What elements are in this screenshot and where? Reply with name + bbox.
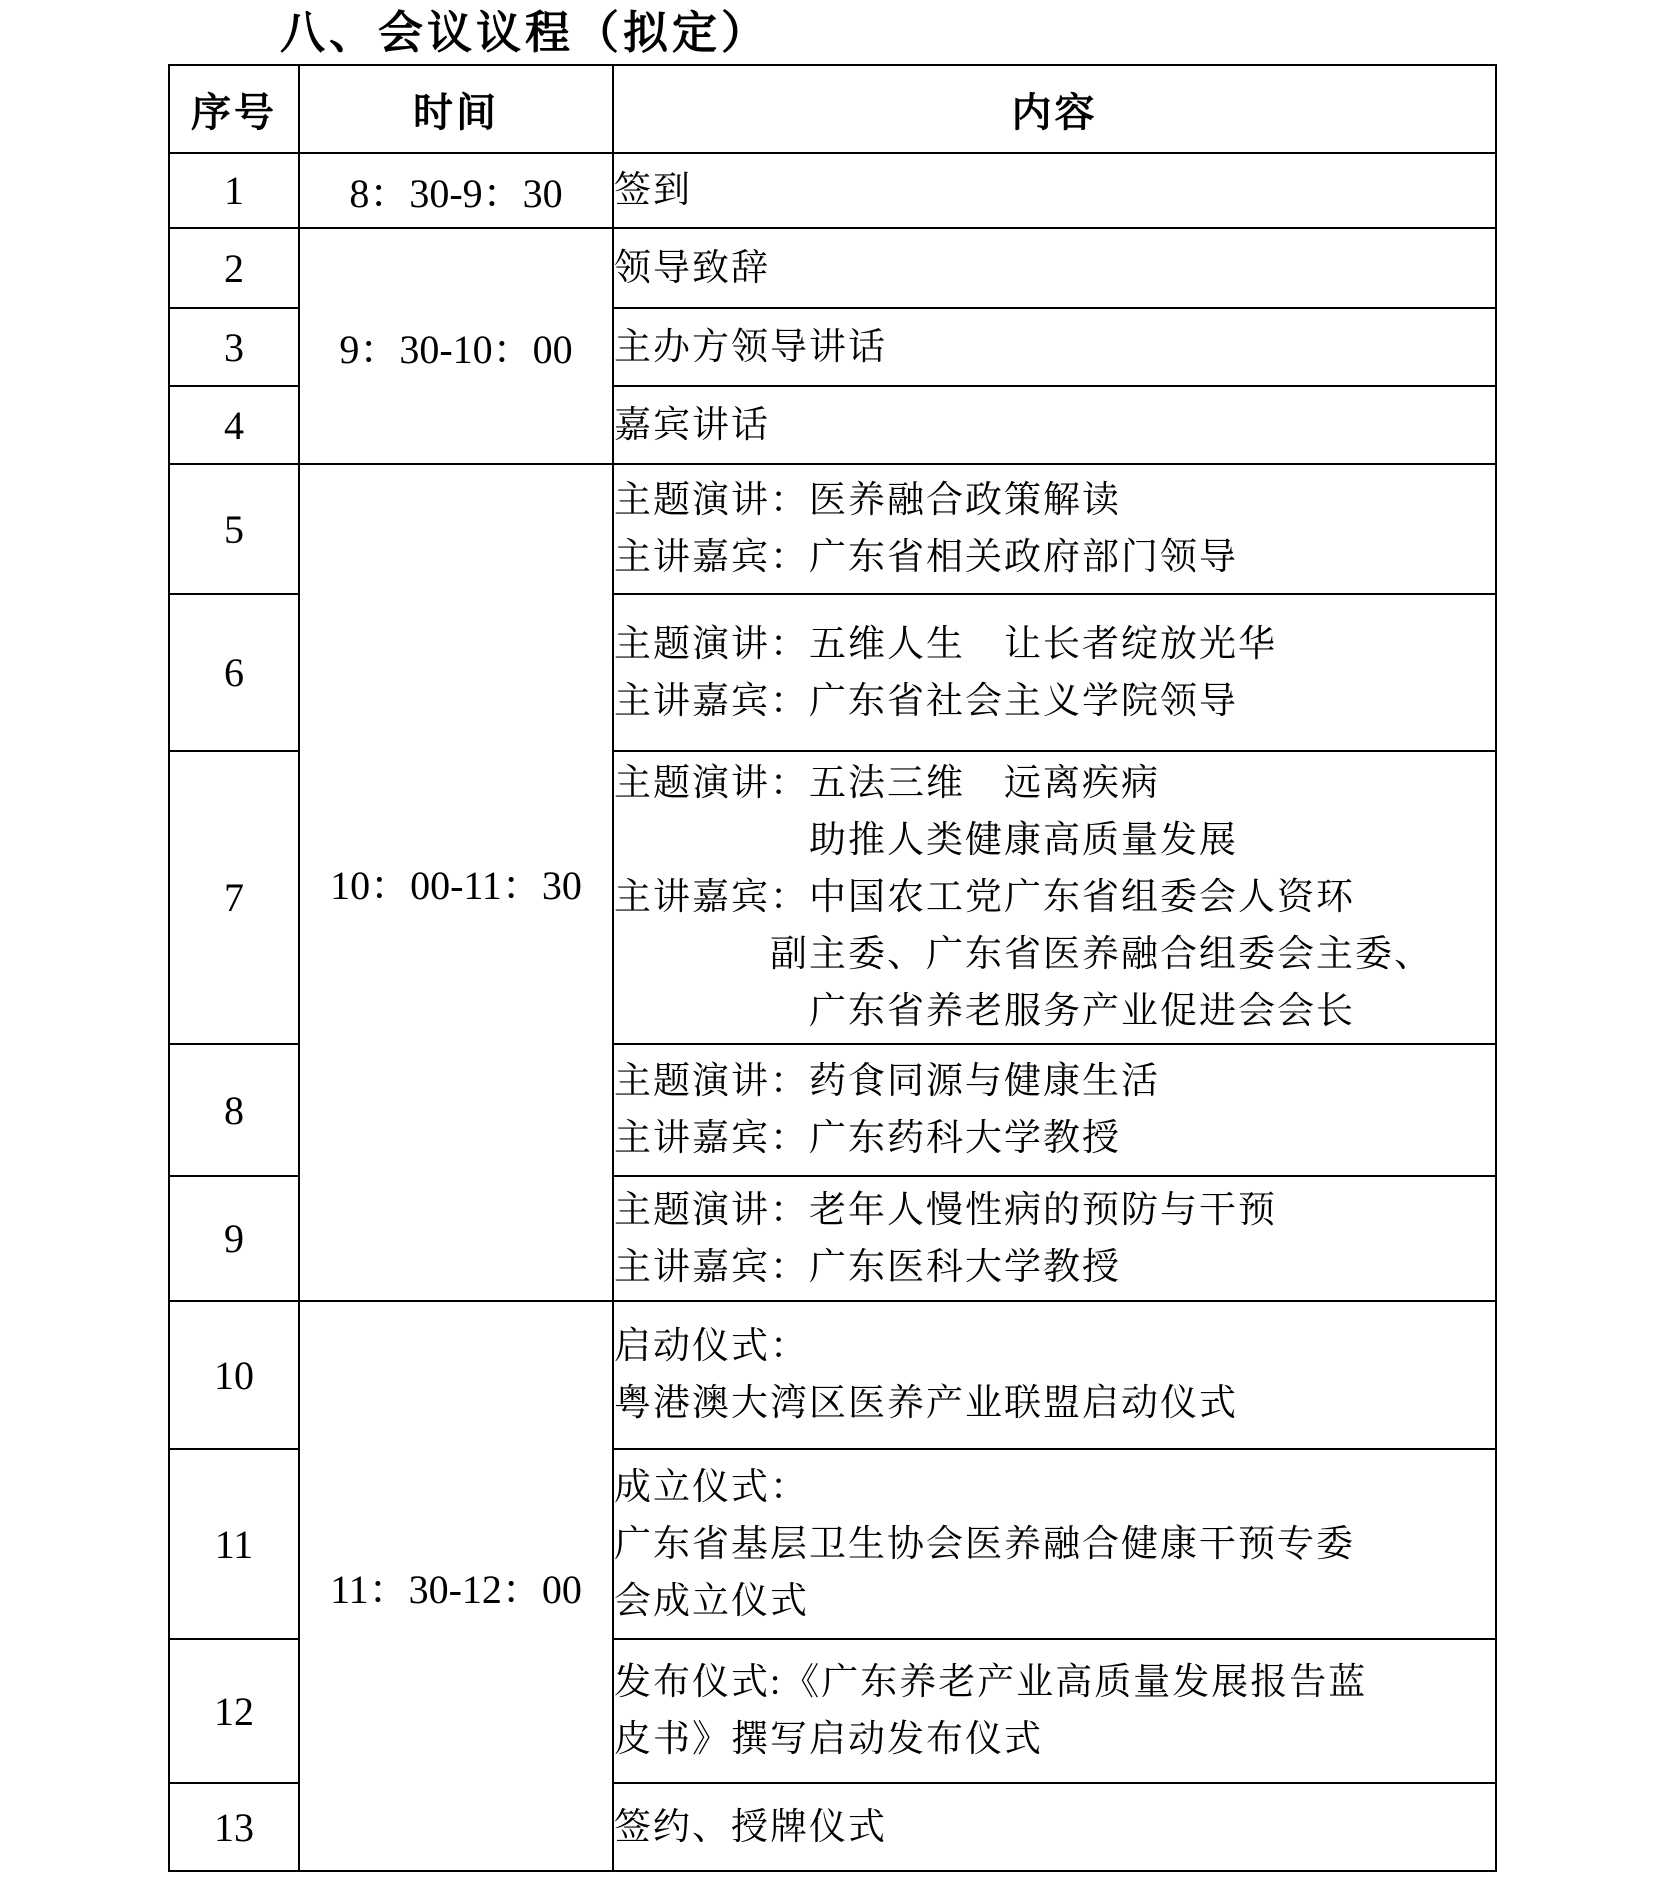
row-number-cell: 2 <box>169 228 299 308</box>
page-title: 八、会议议程（拟定） <box>280 8 1654 58</box>
content-line: 发布仪式:《广东养老产业高质量发展报告蓝 <box>614 1654 1495 1711</box>
row-number-cell: 6 <box>169 594 299 751</box>
table-row: 18：30-9：30签到 <box>169 153 1496 228</box>
row-number-cell: 8 <box>169 1044 299 1176</box>
content-cell: 签到 <box>613 153 1496 228</box>
table-row: 1011：30-12：00启动仪式：粤港澳大湾区医养产业联盟启动仪式 <box>169 1301 1496 1449</box>
content-line: 主题演讲：药食同源与健康生活 <box>614 1053 1495 1110</box>
content-line: 主讲嘉宾：广东医科大学教授 <box>614 1239 1495 1296</box>
content-line: 主题演讲：老年人慢性病的预防与干预 <box>614 1182 1495 1239</box>
row-number-cell: 11 <box>169 1449 299 1639</box>
agenda-table-header: 序号 时间 内容 <box>169 65 1496 153</box>
content-line: 广东省基层卫生协会医养融合健康干预专委 <box>614 1516 1495 1573</box>
content-line: 会成立仪式 <box>614 1573 1495 1630</box>
content-line: 主题演讲：五法三维 远离疾病 <box>614 755 1495 812</box>
row-number-cell: 1 <box>169 153 299 228</box>
content-line: 主讲嘉宾：中国农工党广东省组委会人资环 <box>614 869 1495 926</box>
content-line: 主题演讲：医养融合政策解读 <box>614 472 1495 529</box>
content-line: 副主委、广东省医养融合组委会主委、 <box>614 926 1495 983</box>
document-page: 八、会议议程（拟定） 序号 时间 内容 18：30-9：30签到29：30-10… <box>0 0 1654 1886</box>
content-line: 领导致辞 <box>614 240 1495 297</box>
header-cell-content: 内容 <box>613 65 1496 153</box>
content-line: 主讲嘉宾：广东省社会主义学院领导 <box>614 673 1495 730</box>
content-cell: 主办方领导讲话 <box>613 308 1496 386</box>
time-cell: 9：30-10：00 <box>299 228 613 464</box>
row-number-cell: 3 <box>169 308 299 386</box>
row-number-cell: 5 <box>169 464 299 594</box>
row-number-cell: 9 <box>169 1176 299 1301</box>
content-cell: 主题演讲：药食同源与健康生活主讲嘉宾：广东药科大学教授 <box>613 1044 1496 1176</box>
content-line: 签到 <box>614 162 1495 219</box>
content-cell: 主题演讲：五法三维 远离疾病 助推人类健康高质量发展主讲嘉宾：中国农工党广东省组… <box>613 751 1496 1044</box>
header-cell-time: 时间 <box>299 65 613 153</box>
content-cell: 发布仪式:《广东养老产业高质量发展报告蓝皮书》撰写启动发布仪式 <box>613 1639 1496 1783</box>
header-row: 序号 时间 内容 <box>169 65 1496 153</box>
content-line: 主办方领导讲话 <box>614 319 1495 376</box>
content-line: 嘉宾讲话 <box>614 397 1495 454</box>
content-line: 皮书》撰写启动发布仪式 <box>614 1711 1495 1768</box>
content-cell: 领导致辞 <box>613 228 1496 308</box>
table-row: 29：30-10：00领导致辞 <box>169 228 1496 308</box>
row-number-cell: 7 <box>169 751 299 1044</box>
content-line: 粤港澳大湾区医养产业联盟启动仪式 <box>614 1375 1495 1432</box>
agenda-table: 序号 时间 内容 18：30-9：30签到29：30-10：00领导致辞3主办方… <box>168 64 1497 1872</box>
row-number-cell: 4 <box>169 386 299 464</box>
content-cell: 主题演讲：老年人慢性病的预防与干预主讲嘉宾：广东医科大学教授 <box>613 1176 1496 1301</box>
content-cell: 成立仪式：广东省基层卫生协会医养融合健康干预专委会成立仪式 <box>613 1449 1496 1639</box>
content-line: 助推人类健康高质量发展 <box>614 812 1495 869</box>
header-cell-number: 序号 <box>169 65 299 153</box>
content-line: 广东省养老服务产业促进会会长 <box>614 983 1495 1040</box>
content-cell: 嘉宾讲话 <box>613 386 1496 464</box>
row-number-cell: 10 <box>169 1301 299 1449</box>
row-number-cell: 12 <box>169 1639 299 1783</box>
time-cell: 10：00-11：30 <box>299 464 613 1301</box>
content-line: 主讲嘉宾：广东药科大学教授 <box>614 1110 1495 1167</box>
content-cell: 签约、授牌仪式 <box>613 1783 1496 1871</box>
content-line: 成立仪式： <box>614 1459 1495 1516</box>
content-line: 主题演讲：五维人生 让长者绽放光华 <box>614 616 1495 673</box>
content-cell: 主题演讲：五维人生 让长者绽放光华主讲嘉宾：广东省社会主义学院领导 <box>613 594 1496 751</box>
time-cell: 8：30-9：30 <box>299 153 613 228</box>
row-number-cell: 13 <box>169 1783 299 1871</box>
content-cell: 主题演讲：医养融合政策解读主讲嘉宾：广东省相关政府部门领导 <box>613 464 1496 594</box>
agenda-table-body: 18：30-9：30签到29：30-10：00领导致辞3主办方领导讲话4嘉宾讲话… <box>169 153 1496 1871</box>
content-line: 主讲嘉宾：广东省相关政府部门领导 <box>614 529 1495 586</box>
content-line: 启动仪式： <box>614 1318 1495 1375</box>
content-line: 签约、授牌仪式 <box>614 1799 1495 1856</box>
time-cell: 11：30-12：00 <box>299 1301 613 1871</box>
table-row: 510：00-11：30主题演讲：医养融合政策解读主讲嘉宾：广东省相关政府部门领… <box>169 464 1496 594</box>
content-cell: 启动仪式：粤港澳大湾区医养产业联盟启动仪式 <box>613 1301 1496 1449</box>
